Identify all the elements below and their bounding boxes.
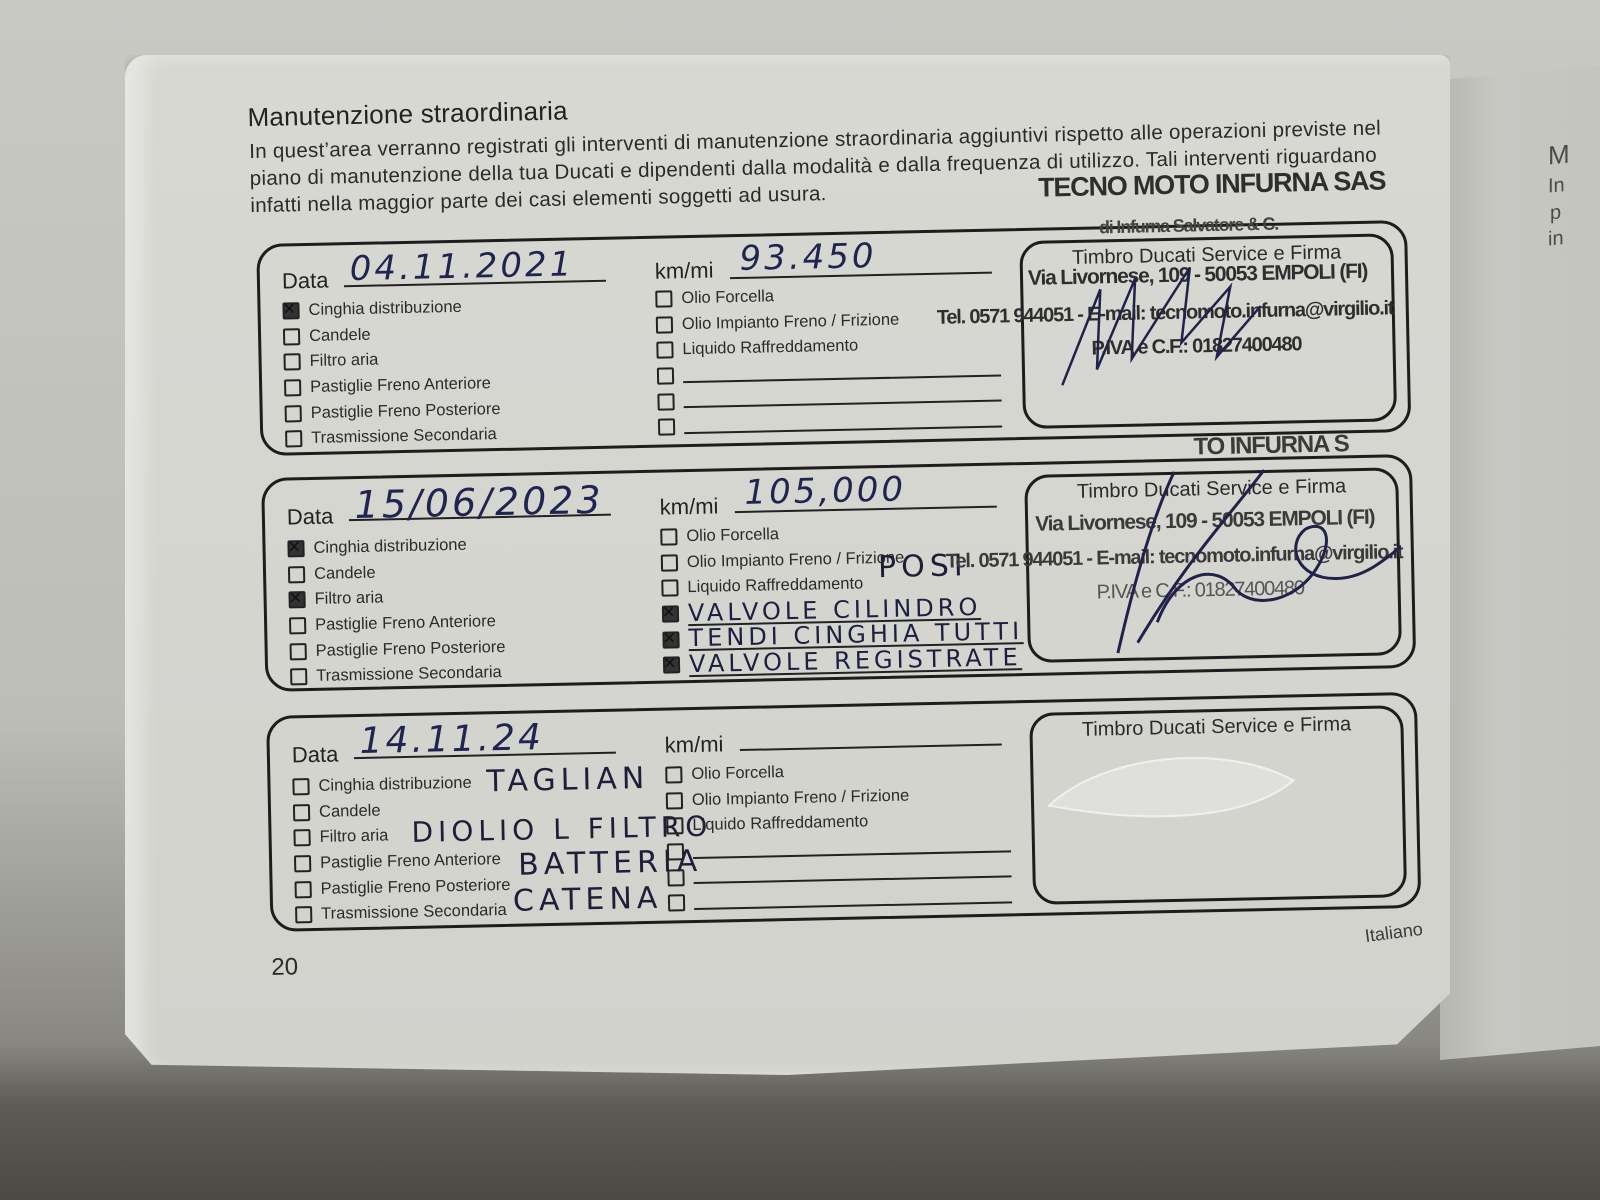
checkbox-checked-icon[interactable] xyxy=(288,592,305,609)
next-page-edge: M In p in xyxy=(1440,64,1600,1060)
blank-entry-line[interactable] xyxy=(694,889,1012,910)
km-label: km/mi xyxy=(659,493,718,520)
blank-entry-line[interactable] xyxy=(683,362,1001,383)
checkbox-icon[interactable] xyxy=(656,342,673,359)
booklet-page: Manutenzione straordinaria In quest’area… xyxy=(125,55,1450,1075)
check-item-label: Trasmissione Secondaria xyxy=(311,425,497,448)
checkbox-checked-icon[interactable] xyxy=(287,540,304,557)
checkbox-icon[interactable] xyxy=(294,855,311,872)
check-item-label: Filtro aria xyxy=(319,827,388,847)
date-label: Data xyxy=(287,504,334,531)
check-item-label: Filtro aria xyxy=(309,351,378,371)
check-item-label: Olio Forcella xyxy=(691,763,784,784)
paper-crease-icon xyxy=(1043,740,1305,825)
check-item-label: Candele xyxy=(309,326,371,346)
next-page-fragment: p xyxy=(1550,201,1561,225)
checkbox-checked-icon[interactable] xyxy=(282,302,299,319)
checkbox-icon[interactable] xyxy=(284,379,301,396)
check-item[interactable]: Trasmissione Secondaria xyxy=(295,898,511,928)
stamp-dealer-owner: di Infurna Salvatore & C. xyxy=(1099,214,1278,239)
checkbox-icon[interactable] xyxy=(290,668,307,685)
checkbox-icon[interactable] xyxy=(660,529,677,546)
check-item-label: Olio Forcella xyxy=(681,288,774,309)
blank-entry-line[interactable] xyxy=(683,388,1001,409)
check-item-label: Liquido Raffreddamento xyxy=(692,813,868,836)
handwritten-note: TAGLIAN xyxy=(486,761,649,799)
left-checklist: Cinghia distribuzione Candele Filtro ari… xyxy=(282,294,501,452)
stamp-dealer-name-partial: TO INFURNA S xyxy=(1193,430,1348,461)
checkbox-icon[interactable] xyxy=(661,580,678,597)
date-label: Data xyxy=(282,268,329,295)
checkbox-icon[interactable] xyxy=(668,894,685,911)
check-item-label: Candele xyxy=(314,564,376,584)
check-item-label: Olio Impianto Freno / Frizione xyxy=(692,786,910,810)
check-item-label: Trasmissione Secondaria xyxy=(321,901,507,924)
checkbox-icon[interactable] xyxy=(295,906,312,923)
check-item-label: Candele xyxy=(319,801,381,821)
check-item-label: Pastiglie Freno Anteriore xyxy=(310,374,491,397)
maintenance-record-3: Data 14.11.24 km/mi Cinghia distribuzion… xyxy=(266,692,1421,932)
next-page-fragment: in xyxy=(1548,227,1564,251)
stamp-dealer-vat: P.IVA e C.F.: 01827400480 xyxy=(1091,333,1301,360)
checkbox-icon[interactable] xyxy=(666,792,683,809)
next-page-fragment: In xyxy=(1548,174,1565,198)
stamp-box-title: Timbro Ducati Service e Firma xyxy=(1027,474,1395,505)
checkbox-icon[interactable] xyxy=(658,419,675,436)
checkbox-icon[interactable] xyxy=(288,566,305,583)
checkbox-icon[interactable] xyxy=(293,830,310,847)
checkbox-checked-icon[interactable] xyxy=(662,631,679,648)
check-item-label: Pastiglie Freno Anteriore xyxy=(320,850,501,873)
checkbox-icon[interactable] xyxy=(655,291,672,308)
extra-line-item[interactable]: VALVOLE REGISTRATE xyxy=(663,645,1024,678)
checkbox-checked-icon[interactable] xyxy=(662,605,679,622)
checkbox-icon[interactable] xyxy=(295,881,312,898)
right-checklist: Olio Forcella Olio Impianto Freno / Friz… xyxy=(660,517,1024,678)
right-checklist: Olio Forcella Olio Impianto Freno / Friz… xyxy=(665,755,1012,916)
dealer-stamp-box-empty: Timbro Ducati Service e Firma xyxy=(1029,705,1407,905)
date-label: Data xyxy=(292,741,339,768)
checkbox-icon[interactable] xyxy=(665,767,682,784)
page-intro: In quest’area verranno registrati gli in… xyxy=(249,114,1410,219)
check-item-label: Pastiglie Freno Posteriore xyxy=(311,400,501,423)
checkbox-icon[interactable] xyxy=(292,778,309,795)
checkbox-icon[interactable] xyxy=(667,869,684,886)
blank-entry-line[interactable] xyxy=(684,413,1002,434)
date-value: 04.11.2021 xyxy=(349,244,574,289)
check-item-label: Pastiglie Freno Anteriore xyxy=(315,612,496,635)
left-checklist: Cinghia distribuzione Candele Filtro ari… xyxy=(287,532,506,690)
stamp-dealer-vat: P.IVA e C.F.: 01827400480 xyxy=(1096,577,1304,604)
checkbox-icon[interactable] xyxy=(289,617,306,634)
check-item[interactable]: Trasmissione Secondaria xyxy=(290,660,506,690)
date-value: 14.11.24 xyxy=(359,717,544,762)
left-checklist: Cinghia distribuzione Candele Filtro ari… xyxy=(292,770,511,928)
maintenance-record-2: Data 15/06/2023 km/mi 105,000 Cinghia di… xyxy=(261,454,1416,692)
check-item-label: Olio Impianto Freno / Frizione xyxy=(682,310,900,334)
next-page-fragment: M xyxy=(1548,139,1570,172)
checkbox-icon[interactable] xyxy=(285,430,302,447)
handwritten-entry: VALVOLE REGISTRATE xyxy=(689,646,1022,677)
check-item-label: Liquido Raffreddamento xyxy=(682,337,858,360)
checkbox-icon[interactable] xyxy=(661,554,678,571)
handwritten-note: CATENA xyxy=(513,881,663,919)
checkbox-icon[interactable] xyxy=(656,316,673,333)
checkbox-icon[interactable] xyxy=(657,367,674,384)
km-value: 105,000 xyxy=(744,470,906,513)
date-value: 15/06/2023 xyxy=(354,478,604,527)
blank-entry-line[interactable] xyxy=(693,864,1011,885)
check-item-label: Trasmissione Secondaria xyxy=(316,663,502,686)
maintenance-record-1: Data 04.11.2021 km/mi 93.450 Cinghia dis… xyxy=(256,220,1411,456)
checkbox-icon[interactable] xyxy=(293,804,310,821)
right-checklist: Olio Forcella Olio Impianto Freno / Friz… xyxy=(655,280,1002,441)
checkbox-icon[interactable] xyxy=(657,393,674,410)
check-item-label: Liquido Raffreddamento xyxy=(687,575,863,598)
checkbox-icon[interactable] xyxy=(283,328,300,345)
check-item-label: Pastiglie Freno Posteriore xyxy=(320,876,510,899)
check-item-label: Cinghia distribuzione xyxy=(318,774,472,796)
checkbox-icon[interactable] xyxy=(290,643,307,660)
km-field[interactable] xyxy=(740,744,1002,751)
checkbox-checked-icon[interactable] xyxy=(663,657,680,674)
check-item-label: Pastiglie Freno Posteriore xyxy=(316,638,506,661)
checkbox-icon[interactable] xyxy=(283,354,300,371)
stamp-dealer-name: TECNO MOTO INFURNA SAS xyxy=(1038,165,1386,203)
check-item-label: Olio Impianto Freno / Frizione xyxy=(687,548,905,572)
stamp-box-title: Timbro Ducati Service e Firma xyxy=(1032,712,1400,743)
km-label: km/mi xyxy=(655,257,714,284)
blank-entry-line[interactable] xyxy=(693,838,1011,859)
km-label: km/mi xyxy=(664,731,723,758)
page-number: 20 xyxy=(271,953,298,982)
km-value: 93.450 xyxy=(739,236,877,279)
checkbox-icon[interactable] xyxy=(285,405,302,422)
check-item-label: Cinghia distribuzione xyxy=(313,536,467,558)
check-item-label: Olio Forcella xyxy=(686,525,779,546)
checkbox-icon[interactable] xyxy=(666,818,683,835)
language-label: Italiano xyxy=(1364,919,1424,947)
check-item-label: Cinghia distribuzione xyxy=(308,298,462,320)
check-item[interactable]: Trasmissione Secondaria xyxy=(285,422,501,452)
page-title: Manutenzione straordinaria xyxy=(247,96,568,134)
checkbox-icon[interactable] xyxy=(667,843,684,860)
check-item-label: Filtro aria xyxy=(314,589,383,609)
